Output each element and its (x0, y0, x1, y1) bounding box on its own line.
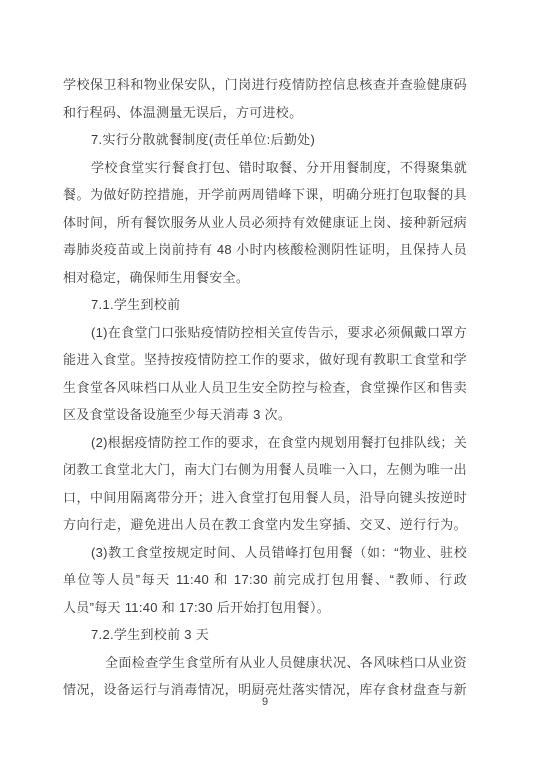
page-number: 9 (63, 696, 467, 708)
text-line: 方向行走，避免进出人员在教工食堂内发生穿插、交叉、逆行行为。 (63, 511, 467, 539)
text-line: 相对稳定，确保师生用餐安全。 (63, 264, 467, 292)
text-line: 学校保卫科和物业保安队，门岗进行疫情防控信息核查并查验健康码 (63, 71, 467, 99)
text-line: (1)在食堂门口张贴疫情防控相关宣传告示，要求必须佩戴口罩方 (63, 319, 467, 347)
text-line: 7.1.学生到校前 (63, 291, 467, 319)
text-line: 单位等人员”每天 11:40 和 17:30 前完成打包用餐、“教师、行政 (63, 566, 467, 594)
text-line: 全面检查学生食堂所有从业人员健康状况、各风味档口从业资格 (63, 649, 467, 677)
text-line: 生食堂各风味档口从业人员卫生安全防控与检查，食堂操作区和售卖 (63, 374, 467, 402)
text-line: 毒肺炎疫苗或上岗前持有 48 小时内核酸检测阴性证明，且保持人员 (63, 236, 467, 264)
text-line: 区及食堂设备设施至少每天消毒 3 次。 (63, 401, 467, 429)
text-line: 闭教工食堂北大门，南大门右侧为用餐人员唯一入口，左侧为唯一出 (63, 456, 467, 484)
text-line: 餐。为做好防控措施，开学前两周错峰下课，明确分班打包取餐的具 (63, 181, 467, 209)
text-line: 7.实行分散就餐制度(责任单位:后勤处) (63, 126, 467, 154)
text-line: 能进入食堂。坚持按疫情防控工作的要求，做好现有教职工食堂和学 (63, 346, 467, 374)
text-line: 7.2.学生到校前 3 天 (63, 621, 467, 649)
text-line: 口，中间用隔离带分开；进入食堂打包用餐人员，沿导向键头按逆时 (63, 484, 467, 512)
text-block: 学校保卫科和物业保安队，门岗进行疫情防控信息核查并查验健康码和行程码、体温测量无… (63, 71, 467, 704)
document-page: 学校保卫科和物业保安队，门岗进行疫情防控信息核查并查验健康码和行程码、体温测量无… (0, 0, 542, 768)
text-line: 和行程码、体温测量无误后，方可进校。 (63, 99, 467, 127)
text-line: (2)根据疫情防控工作的要求，在食堂内规划用餐打包排队线；关 (63, 429, 467, 457)
text-line: 体时间，所有餐饮服务从业人员必须持有效健康证上岗、接种新冠病 (63, 209, 467, 237)
text-line: (3)教工食堂按规定时间、人员错峰打包用餐（如：“物业、驻校 (63, 539, 467, 567)
text-line: 学校食堂实行餐食打包、错时取餐、分开用餐制度，不得聚集就 (63, 154, 467, 182)
text-line: 人员”每天 11:40 和 17:30 后开始打包用餐）。 (63, 594, 467, 622)
